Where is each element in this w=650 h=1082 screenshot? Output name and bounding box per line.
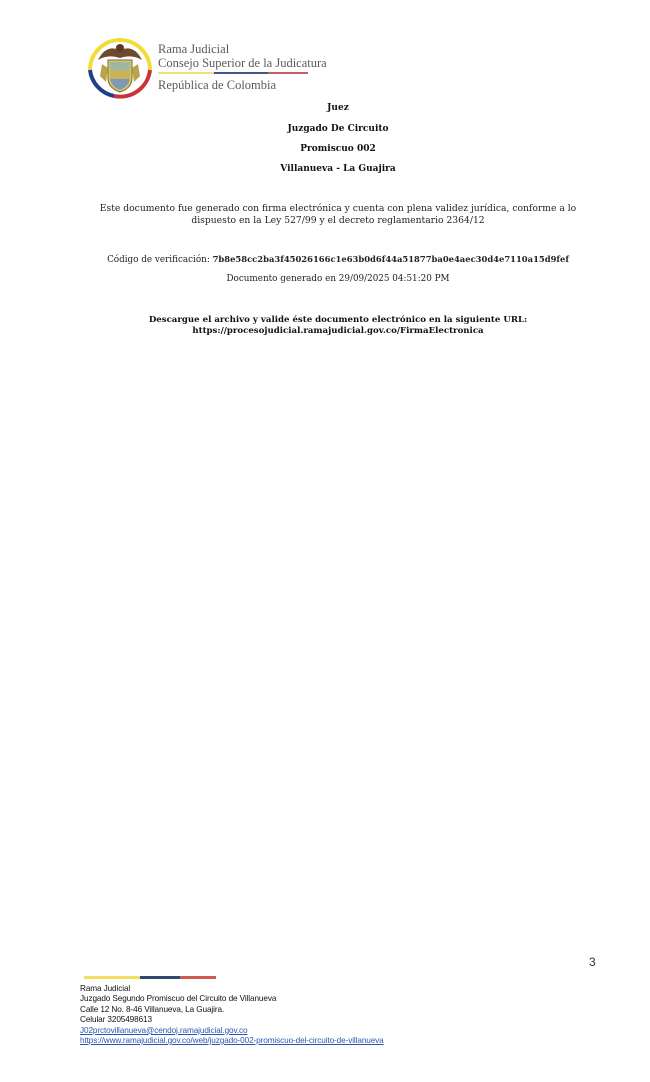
flag-divider	[158, 72, 308, 75]
coat-of-arms-icon	[84, 30, 156, 102]
court-location: Villanueva - La Guajira	[0, 164, 650, 174]
download-text: Descargue el archivo y valide éste docum…	[0, 315, 650, 326]
footer-phone: Celular 3205498613	[80, 1015, 384, 1025]
download-instructions: Descargue el archivo y valide éste docum…	[0, 315, 650, 337]
rama-judicial-logo	[84, 30, 156, 102]
verification-code: 7b8e58cc2ba3f45026166c1e63b0d6f44a51877b…	[213, 254, 569, 264]
footer-address: Calle 12 No. 8-46 Villanueva, La Guajira…	[80, 1005, 384, 1015]
download-url[interactable]: https://procesojudicial.ramajudicial.gov…	[0, 326, 650, 337]
organization-header: Rama Judicial Consejo Superior de la Jud…	[158, 42, 327, 92]
org-council: Consejo Superior de la Judicatura	[158, 56, 327, 70]
org-country: República de Colombia	[158, 78, 327, 92]
verification-code-line: Código de verificación: 7b8e58cc2ba3f450…	[0, 254, 650, 265]
footer-org: Rama Judicial	[80, 984, 384, 994]
footer-website-link[interactable]: https://www.ramajudicial.gov.co/web/juzg…	[80, 1036, 384, 1046]
footer-court: Juzgado Segundo Promiscuo del Circuito d…	[80, 994, 384, 1004]
verification-label: Código de verificación:	[107, 255, 210, 265]
court-type: Juzgado De Circuito	[0, 124, 650, 134]
page-number: 3	[589, 955, 596, 969]
signer-title: Juez	[0, 103, 650, 113]
org-name: Rama Judicial	[158, 42, 327, 56]
legal-statement: Este documento fue generado con firma el…	[80, 203, 596, 227]
court-number: Promiscuo 002	[0, 144, 650, 154]
footer: Rama Judicial Juzgado Segundo Promiscuo …	[80, 984, 384, 1046]
footer-flag-divider	[84, 976, 216, 979]
generation-timestamp: Documento generado en 29/09/2025 04:51:2…	[0, 274, 650, 284]
footer-email-link[interactable]: J02prctovillanueva@cendoj.ramajudicial.g…	[80, 1026, 384, 1036]
